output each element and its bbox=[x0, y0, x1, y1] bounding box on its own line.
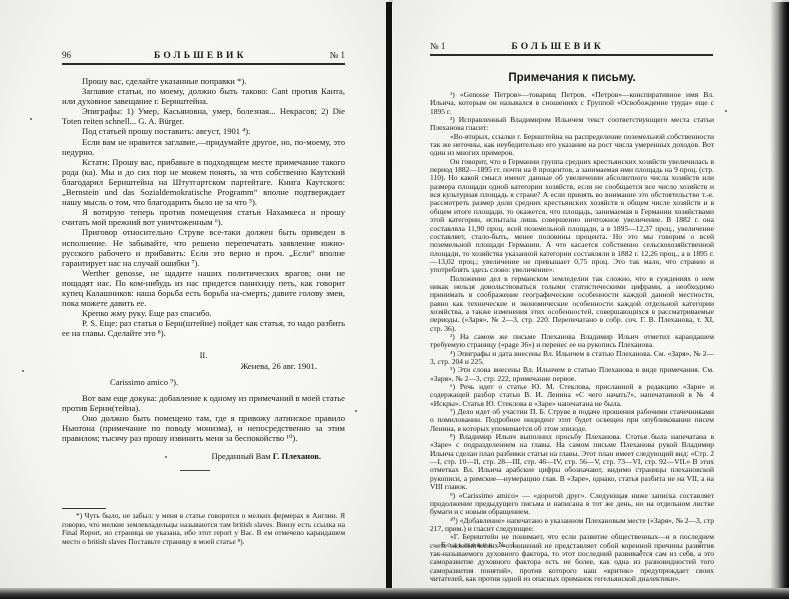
scan-speck bbox=[165, 456, 167, 458]
book-spread: 96 БОЛЬШЕВИК № 1 Прошу вас, сделайте ука… bbox=[0, 0, 789, 599]
running-title: БОЛЬШЕВИК bbox=[154, 51, 247, 61]
scan-speck bbox=[640, 550, 642, 552]
footnote: *) Чуть было, не забыл: у меня в статье … bbox=[62, 512, 345, 546]
scan-speck bbox=[30, 118, 32, 120]
scan-speck bbox=[22, 370, 24, 372]
signature-prefix: Преданный Вам bbox=[211, 451, 270, 461]
scan-speck bbox=[355, 410, 357, 412]
notes-body: ¹) «Genosse Петров»—товарищ Петров. «Пет… bbox=[430, 91, 714, 583]
section-number: II. bbox=[62, 350, 345, 360]
paragraph: Заглавие статьи, по моему, должно быть т… bbox=[62, 86, 345, 106]
note: Он говорит, что в Германии группа средни… bbox=[430, 158, 714, 275]
note: ¹⁰) «Добавление» напечатано в указанном … bbox=[430, 517, 714, 534]
page-number: 96 bbox=[62, 50, 71, 60]
issue-number: № 1 bbox=[330, 50, 345, 60]
note: ⁹) «Carissimo amico» — «дорогой друг». С… bbox=[430, 492, 714, 517]
note: «Во-вторых, ссылки г. Бернштейна на расп… bbox=[430, 133, 714, 158]
note: ⁸) Владимир Ильич выполнил просьбу Плеха… bbox=[430, 433, 714, 491]
page-gutter bbox=[386, 2, 392, 592]
paragraph: Приговор относительно Струве все-таки до… bbox=[62, 227, 345, 267]
note: ³) На самом же письме Плеханова Владимир… bbox=[430, 333, 714, 350]
signature-name: Г. Плеханов. bbox=[273, 451, 321, 461]
note: ⁴) Эпиграфы и дата внесены Вл. Ильичем в… bbox=[430, 350, 714, 367]
footnote-text: *) Чуть было, не забыл: у меня в статье … bbox=[62, 512, 345, 546]
note: ⁷) Дело идет об участии П. Б. Струве в п… bbox=[430, 408, 714, 433]
paragraph: Эпиграфы: 1) Умер, Касьяновна, умер, бол… bbox=[62, 106, 345, 126]
signature: Преданный Вам Г. Плеханов. bbox=[62, 451, 345, 461]
scan-speck bbox=[725, 110, 727, 112]
paragraph: Вот вам еще докука: добавление к одному … bbox=[62, 393, 345, 413]
left-running-head: 96 БОЛЬШЕВИК № 1 bbox=[62, 50, 345, 65]
note: ⁶) Речь идет о статье Ю. М. Стеклова, пр… bbox=[430, 383, 714, 408]
section-divider bbox=[180, 470, 210, 471]
dateline: Женева, 26 авг. 1901. bbox=[62, 361, 345, 371]
note: ¹) «Genosse Петров»—товарищ Петров. «Пет… bbox=[430, 91, 714, 116]
paragraph: Крепко жму руку. Еще раз спасибо. bbox=[62, 308, 345, 318]
right-running-head: № 1 БОЛЬШЕВИК bbox=[430, 41, 713, 56]
notes-title: Примечания к письму. bbox=[430, 72, 714, 84]
left-page: 96 БОЛЬШЕВИК № 1 Прошу вас, сделайте ука… bbox=[0, 0, 389, 594]
letter-body: Прошу вас, сделайте указанные поправки *… bbox=[62, 76, 345, 461]
issue-number: № 1 bbox=[430, 41, 445, 51]
paragraph: Если вам не нравится заглавие,—придумайт… bbox=[62, 137, 345, 157]
paragraph: Под статьей прошу поставить: август, 190… bbox=[62, 126, 345, 136]
greeting: Carissimo amico ⁹). bbox=[62, 377, 345, 387]
paragraph: Прошу вас, сделайте указанные поправки *… bbox=[62, 76, 345, 86]
printer-signature: Большевик № 1. bbox=[441, 540, 521, 549]
scan-right-edge bbox=[770, 2, 789, 594]
note: ⁵) Эти слова внесены Вл. Ильичем в стать… bbox=[430, 366, 714, 383]
footnote-rule bbox=[62, 508, 106, 509]
paragraph: Кстати: Прошу вас, прибавьте в подходяще… bbox=[62, 157, 345, 207]
paragraph: Я вотирую теперь против помещения статьи… bbox=[62, 207, 345, 227]
paragraph: P. S. Еще: раз статья о Берн(штейне) пой… bbox=[62, 318, 345, 338]
paragraph: Оно должно быть помещено там, где я прив… bbox=[62, 413, 345, 443]
sheet-number: 7 bbox=[698, 540, 702, 549]
note: ²) Исправленный Владимиром Ильичем текст… bbox=[430, 116, 714, 133]
note: Положение дел в германском земледелии та… bbox=[430, 275, 714, 333]
scan-bottom-edge bbox=[0, 588, 789, 599]
running-title: БОЛЬШЕВИК bbox=[511, 42, 604, 52]
right-page: № 1 БОЛЬШЕВИК Примечания к письму. ¹) «G… bbox=[393, 0, 782, 594]
paragraph: Werther genosse, не щадите наших политич… bbox=[62, 268, 345, 308]
